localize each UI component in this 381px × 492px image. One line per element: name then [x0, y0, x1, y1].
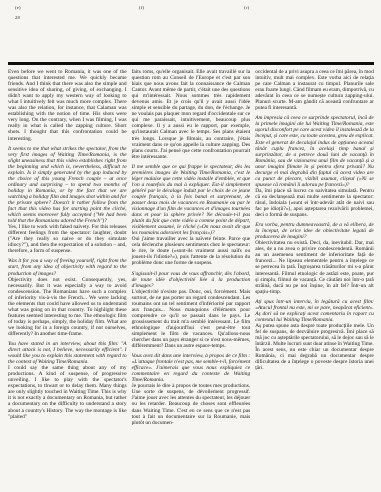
paragraph-answer: Oui j'aime travailler avec la naïveté fe… — [132, 236, 251, 266]
paragraph-answer: occidental de a privi asupra a ceea ce î… — [255, 69, 374, 111]
document-page: (e) 28 (f) (r) Even before we went to Ro… — [0, 0, 381, 492]
language-label-french: (f) — [139, 5, 144, 10]
paragraph-answer: L'objectivité n'existe pas. Donc, oui, f… — [132, 289, 251, 349]
paragraph-question: Am impresia că ceea ce surprinde spectat… — [255, 115, 374, 188]
text-columns: Even before we went to Romania, it was o… — [8, 69, 374, 426]
paragraph-answer: Yes, I like to work with faked naivety. … — [8, 224, 127, 254]
paragraph-answer: Je pourrais le dire à propos de toutes m… — [132, 383, 251, 425]
paragraph-answer: Obiectivitatea nu există. Deci, da, inev… — [255, 240, 374, 294]
paragraph-question: You have stated in an interview, about t… — [8, 341, 127, 365]
column-romanian: occidental de a privi asupra a ceea ce î… — [255, 69, 374, 426]
paragraph-answer: Aș putea spune asta despre toate producț… — [255, 323, 374, 371]
paragraph-question: Il me semble que ce qui frappe le specta… — [132, 164, 251, 237]
paragraph-question: Vous avez dit dans une interview, à prop… — [132, 353, 251, 383]
language-label-romanian: (r) — [244, 5, 249, 10]
paragraph-answer: Da, îmi place să lucrez cu naivitatea si… — [255, 188, 374, 218]
column-french: faits roms, qu'elle organisait. Elle ava… — [132, 69, 251, 426]
paragraph-answer: I could say the same thing about any of … — [8, 365, 127, 419]
paragraph-question: S'agissait-il pour vous de vous affranch… — [132, 271, 251, 289]
language-label-english: (e) — [15, 5, 21, 10]
paragraph-answer: faits roms, qu'elle organisait. Elle ava… — [132, 69, 251, 160]
horizontal-rule — [8, 62, 374, 65]
paragraph-answer: Objectivity does not exist. Consequently… — [8, 277, 127, 337]
paragraph-question: It seems to me that what strikes the spe… — [8, 146, 127, 225]
paragraph-question: Ați spus într-un interviu, în legătură c… — [255, 299, 374, 323]
paragraph-answer: Even before we went to Romania, it was o… — [8, 69, 127, 142]
paragraph-question: Was it for you a way of freeing yourself… — [8, 258, 127, 276]
page-number: 28 — [15, 15, 20, 20]
column-english: Even before we went to Romania, it was o… — [8, 69, 127, 426]
paragraph-question: Era vorba, pentru dumneavoastră, de a vă… — [255, 222, 374, 240]
